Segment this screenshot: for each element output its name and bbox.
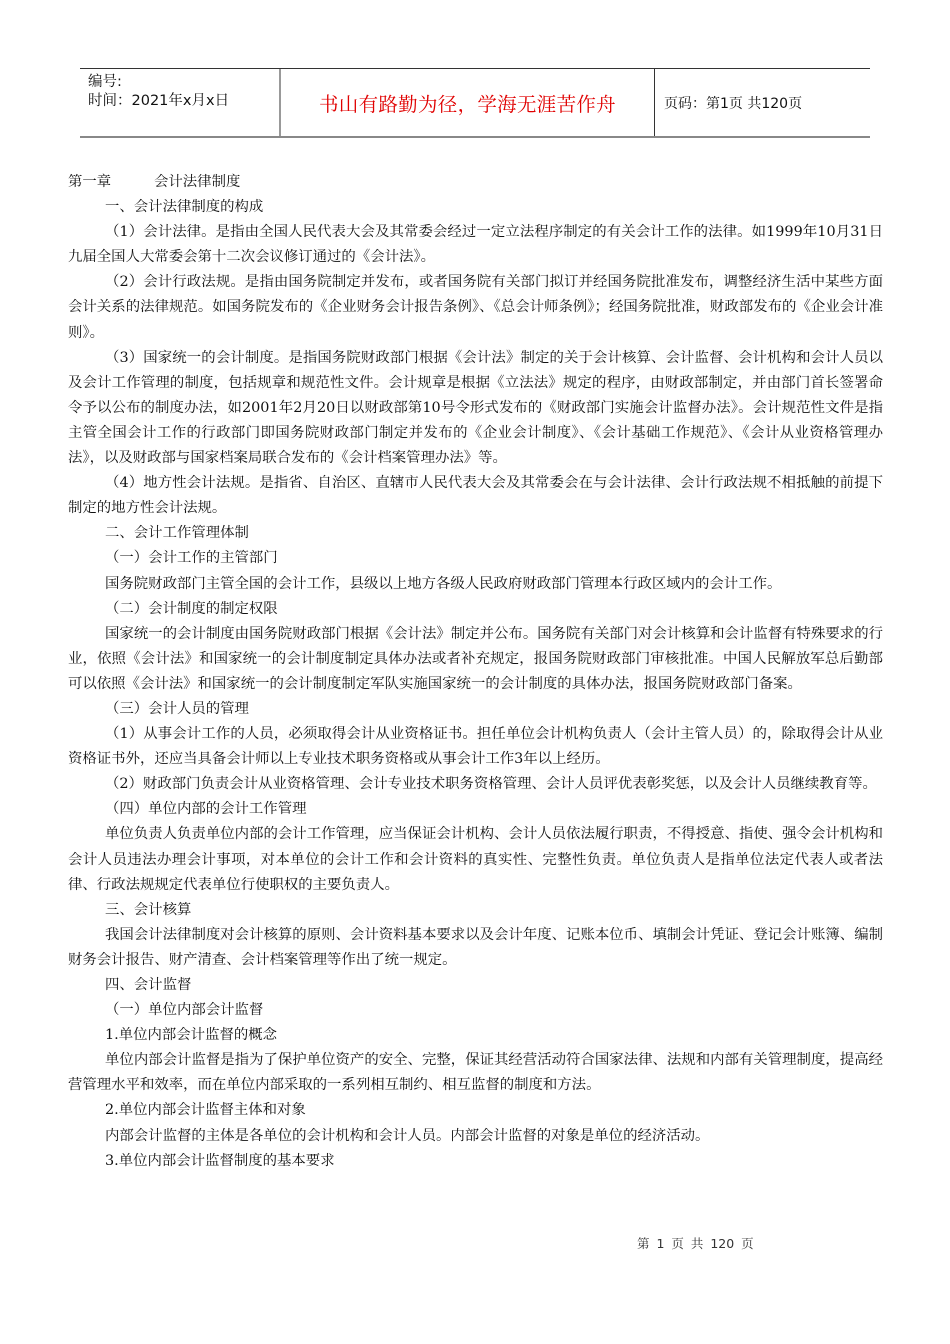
paragraph: 单位内部会计监督是指为了保护单位资产的安全、完整，保证其经营活动符合国家法律、法… [68,1048,883,1098]
paragraph: （2）会计行政法规。是指由国务院制定并发布，或者国务院有关部门拟订并经国务院批准… [68,270,883,345]
paragraph: （四）单位内部的会计工作管理 [68,797,883,822]
motto-text: 书山有路勤为径，学海无涯苦作舟 [319,89,616,117]
paragraph: 国家统一的会计制度由国务院财政部门根据《会计法》制定并公布。国务院有关部门对会计… [68,622,883,697]
paragraph: （三）会计人员的管理 [68,697,883,722]
page-info: 页码：第1页 共120页 [664,93,802,113]
paragraph: （3）国家统一的会计制度。是指国务院财政部门根据《会计法》制定的关于会计核算、会… [68,346,883,471]
paragraph: （二）会计制度的制定权限 [68,597,883,622]
paragraph: 二、会计工作管理体制 [68,521,883,546]
date-label: 时间：2021年x月x日 [88,92,279,111]
paragraph: （2）财政部门负责会计从业资格管理、会计专业技术职务资格管理、会计人员评优表彰奖… [68,772,883,797]
paragraph: （一）单位内部会计监督 [68,998,883,1023]
header-meta-cell: 编号: 时间：2021年x月x日 [80,69,281,136]
paragraph: （1）会计法律。是指由全国人民代表大会及其常委会经过一定立法程序制定的有关会计工… [68,220,883,270]
paragraph: 单位负责人负责单位内部的会计工作管理，应当保证会计机构、会计人员依法履行职责，不… [68,822,883,897]
paragraph: 国务院财政部门主管全国的会计工作，县级以上地方各级人民政府财政部门管理本行政区域… [68,572,883,597]
document-header: 编号: 时间：2021年x月x日 书山有路勤为径，学海无涯苦作舟 页码：第1页 … [80,68,870,138]
chapter-title: 会计法律制度 [154,170,240,195]
paragraph: （一）会计工作的主管部门 [68,546,883,571]
paragraph: 3.单位内部会计监督制度的基本要求 [68,1149,883,1174]
page-footer: 第 1 页 共 120 页 [637,1234,754,1252]
number-label: 编号: [88,73,279,92]
paragraph: 一、会计法律制度的构成 [68,195,883,220]
paragraph: 内部会计监督的主体是各单位的会计机构和会计人员。内部会计监督的对象是单位的经济活… [68,1124,883,1149]
paragraph-list: 一、会计法律制度的构成（1）会计法律。是指由全国人民代表大会及其常委会经过一定立… [68,195,883,1174]
header-page-cell: 页码：第1页 共120页 [655,69,870,136]
header-motto-cell: 书山有路勤为径，学海无涯苦作舟 [281,69,655,136]
paragraph: （4）地方性会计法规。是指省、自治区、直辖市人民代表大会及其常委会在与会计法律、… [68,471,883,521]
paragraph: 四、会计监督 [68,973,883,998]
chapter-number: 第一章 [68,170,154,195]
document-body: 第一章会计法律制度 一、会计法律制度的构成（1）会计法律。是指由全国人民代表大会… [68,170,883,1174]
paragraph: 三、会计核算 [68,898,883,923]
paragraph: （1）从事会计工作的人员，必须取得会计从业资格证书。担任单位会计机构负责人（会计… [68,722,883,772]
paragraph: 我国会计法律制度对会计核算的原则、会计资料基本要求以及会计年度、记账本位币、填制… [68,923,883,973]
paragraph: 2.单位内部会计监督主体和对象 [68,1098,883,1123]
chapter-heading: 第一章会计法律制度 [68,170,883,195]
paragraph: 1.单位内部会计监督的概念 [68,1023,883,1048]
